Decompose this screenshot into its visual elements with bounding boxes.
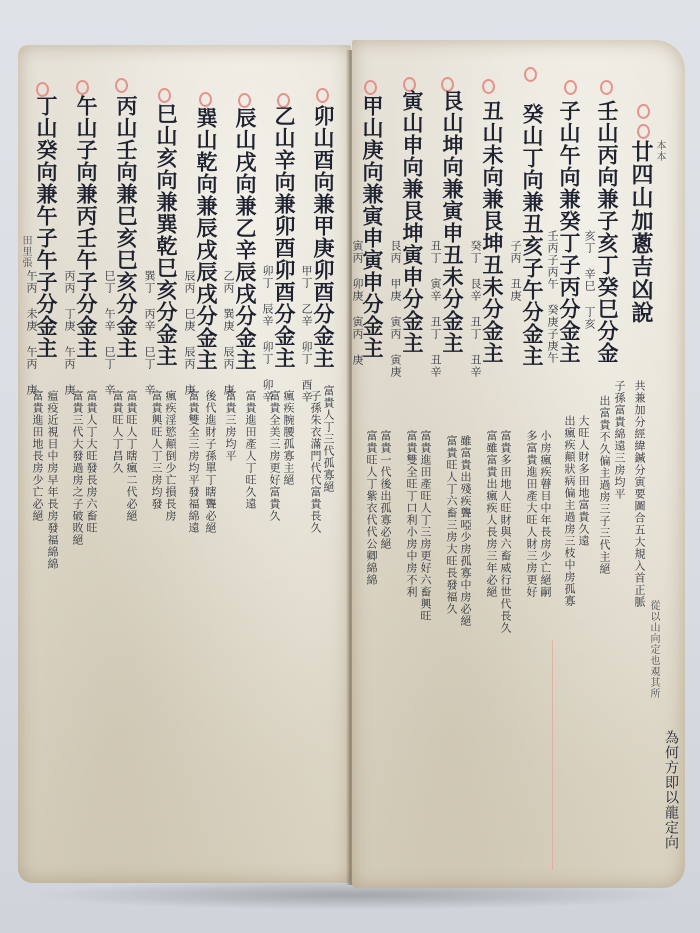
column-annotation: 巽丁 丙辛 巳丁 辛	[144, 270, 155, 396]
commentary-line: 富貴三房均平	[225, 390, 236, 462]
mountain-column-mao: 卯山酉向兼甲庚卯酉分金主	[313, 105, 334, 369]
commentary-line: 富貴進田地長房少亡必絕	[32, 390, 43, 522]
mountain-column-yin: 寅山申向兼艮坤寅申分金主	[402, 90, 423, 354]
column-annotation: 乙丙 巽庚 辰丙 庚	[223, 270, 234, 396]
commentary-line: 富貴進田產旺人丁三房更好六畜興旺	[420, 430, 431, 622]
commentary-line: 子孫朱衣滿門代代富貴長久	[310, 390, 321, 534]
column-annotation: 辰丙 巳庚 辰丙 庚	[184, 270, 195, 396]
red-seal-mark	[482, 79, 495, 94]
commentary-line: 富雖富貴出瘋疾人長房三年必絕	[486, 430, 497, 598]
commentary-line: 富貴興旺人丁三房均發	[151, 390, 162, 510]
red-seal-mark	[199, 92, 212, 107]
commentary-line: 富貴一代後出孤寡必絕	[380, 430, 391, 550]
mountain-column-chou: 丑山未向兼艮坤丑未分金主	[482, 100, 503, 364]
mountain-column-zi: 子山午向兼癸丁子丙分金主	[559, 100, 580, 364]
red-seal-mark	[637, 124, 650, 139]
red-seal-mark	[76, 80, 89, 95]
right-page: 廿四山加蔥吉凶說 本本 壬山丙向兼子亥丁癸巳分金 亥丁 辛巳 丁亥 子山午向兼癸…	[352, 40, 685, 888]
column-annotation: 子丙 丑庚	[510, 240, 521, 302]
commentary-line: 富貴進田產人丁旺久遠	[245, 390, 256, 510]
commentary-line: 富貴多田地人旺財與六畜威行世代長久	[500, 430, 511, 634]
red-seal-mark	[600, 80, 613, 95]
commentary-line: 瘋疾淫慾顛倒少亡損長房	[165, 390, 176, 522]
commentary-line: 出瘋疾顛狀病偏主過房三枝中房孤寡	[564, 415, 575, 607]
red-seal-mark	[637, 104, 650, 119]
edge-characters: 田里張	[20, 235, 30, 268]
mountain-column-gui: 癸山丁向兼丑亥子午分金主	[522, 103, 543, 367]
commentary-line: 富貴旺人丁瞎瘋二代必絕	[126, 390, 137, 522]
commentary-line: 富貴三代大發過房之子破敗絕	[72, 390, 83, 546]
commentary-line: 後代進財子孫單丁瞎聾必絕	[205, 390, 216, 534]
red-seal-mark	[564, 80, 577, 95]
commentary-line: 瘋疾腕腰孤寡主絕	[283, 390, 294, 486]
commentary-line: 出富貴不久偏主過房三子三代主絕	[599, 395, 610, 575]
red-seal-mark	[238, 93, 251, 108]
manuscript-title: 廿四山加蔥吉凶說	[630, 140, 652, 324]
column-annotation: 丙丙 丁庚 午丙 庚	[64, 270, 75, 396]
commentary-line: 大旺人財多田地富貴久遠	[578, 415, 589, 547]
commentary-line: 瘟疫近視目中房早年長房發福綿綿	[47, 390, 58, 570]
commentary-line: 小房瘋疾瞽目中年長房少亡絕嗣	[540, 430, 551, 598]
column-annotation: 甲丁 乙辛 卯丁 酉辛	[301, 265, 312, 403]
mountain-column-gen: 艮山坤向兼寅申丑未分金主	[442, 90, 463, 354]
red-ruling-line	[552, 640, 553, 870]
mountain-column-xun: 巽山乾向兼辰戌辰戌分金主	[196, 107, 217, 371]
column-annotation: 午丙 未庚 午丙 庚	[26, 270, 37, 396]
commentary-line: 富貴人丁大旺發長房六畜旺	[86, 390, 97, 534]
commentary-line: 共兼加分經緯鍼分寅要圖合五大規入首正脈	[634, 380, 645, 608]
column-annotation: 丑丁 寅辛 丑丁 丑辛	[430, 240, 441, 378]
commentary-line: 富貴人丁三代孤寡絕	[323, 385, 334, 493]
mountain-column-chen: 辰山戌向兼乙辛辰戌分金主	[235, 107, 256, 371]
column-annotation: 壬丙子丙午 癸庚子庚午	[547, 230, 558, 364]
red-seal-mark	[316, 88, 329, 103]
mountain-column-wu: 午山子向兼丙壬午子分金主	[76, 95, 97, 359]
red-seal-mark	[364, 80, 377, 95]
commentary-line: 子孫富貴綿遠三房均平	[614, 380, 625, 500]
commentary-line: 富貴雙全旺丁口利小房中房不利	[406, 430, 417, 598]
title-annotation: 本本	[654, 140, 664, 162]
commentary-line: 富貴旺人丁紫衣代代公卿綿綿	[366, 430, 377, 586]
mountain-column-yi: 乙山辛向兼卯酉卯酉分金主	[274, 105, 295, 369]
mountain-column-bing: 丙山壬向兼巳亥巳亥分金主	[116, 95, 137, 359]
commentary-line: 富貴旺人丁昌久	[112, 390, 123, 474]
red-seal-mark	[524, 67, 537, 82]
column-annotation: 巳丁 午辛 巳丁 辛	[104, 270, 115, 396]
margin-note: 為何方即以龍定向	[664, 730, 678, 850]
commentary-line: 富貴雙全三房均平發福綿遠	[188, 390, 199, 534]
left-page: 卯山酉向兼甲庚卯酉分金主 甲丁 乙辛 卯丁 酉辛 乙山辛向兼卯酉卯酉分金主 卯丁…	[18, 45, 351, 883]
commentary-line: 雖富貴出殘疾聾啞少房孤寡中房必絕	[460, 435, 471, 627]
column-annotation: 亥丁 辛巳 丁亥	[584, 230, 595, 330]
commentary-line: 富貴全美三房更好富貴久	[269, 390, 280, 522]
column-annotation: 癸丁 艮辛 丑丁 丑辛	[470, 240, 481, 378]
red-seal-mark	[158, 88, 171, 103]
red-seal-mark	[115, 78, 128, 93]
commentary-line: 多富貴進田產大旺人財三房更好	[526, 430, 537, 598]
mountain-column-ren: 壬山丙向兼子亥丁癸巳分金	[597, 100, 618, 364]
column-annotation: 艮丙 甲庚 寅丙 寅庚	[390, 240, 401, 378]
mountain-column-si: 巳山亥向兼巽乾巳亥分金主	[156, 103, 177, 367]
mountain-column-jia: 甲山庚向兼寅申寅申分金主	[362, 95, 383, 359]
column-annotation: 寅丙 卯庚 寅丙 庚	[352, 240, 363, 366]
column-annotation: 卯丁 辰辛 卯丁 卯辛	[262, 265, 273, 403]
margin-note-faint: 從以山向定也覌其所	[648, 600, 658, 699]
mountain-column-ding: 丁山癸向兼午子午子分金主	[36, 95, 57, 359]
commentary-line: 富貴旺人丁六畜三房大旺長發福久	[446, 435, 457, 615]
